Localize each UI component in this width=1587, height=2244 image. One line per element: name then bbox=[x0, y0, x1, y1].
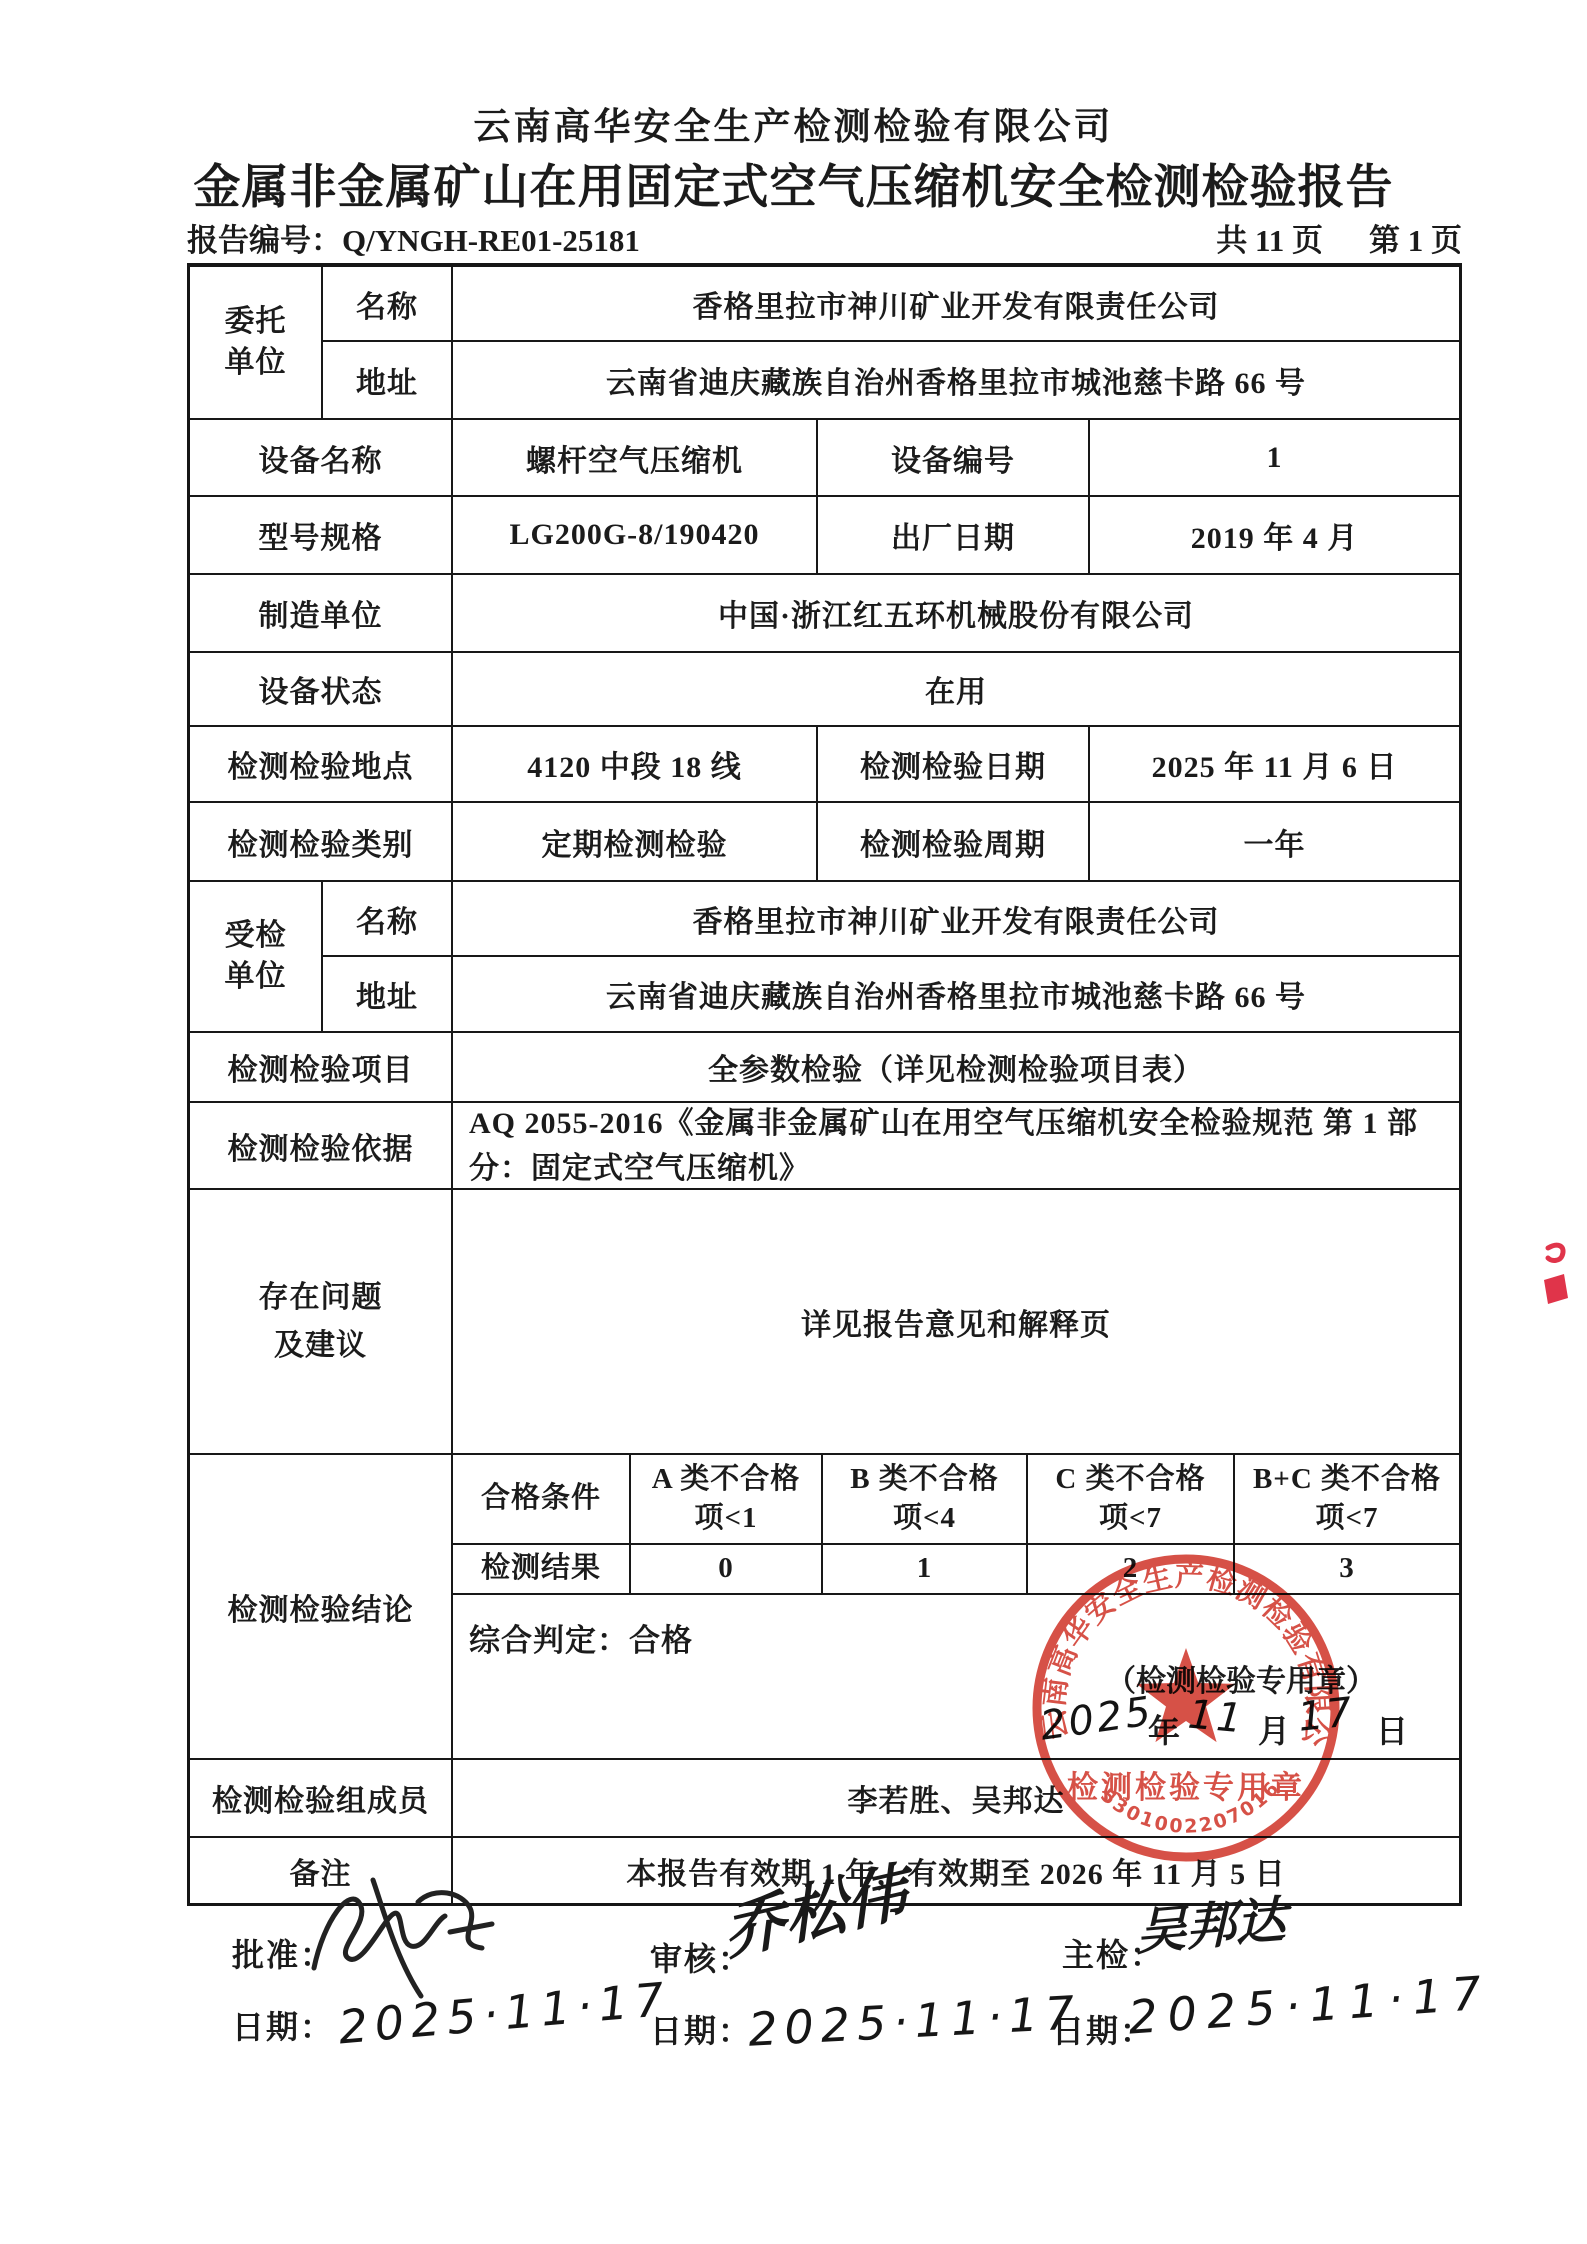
site-label: 检测检验地点 bbox=[190, 727, 453, 801]
criteria-bc-line1: B+C 类不合格 bbox=[1253, 1460, 1441, 1499]
report-number: 报告编号：Q/YNGH-RE01-25181 bbox=[187, 215, 640, 260]
result-b: 1 bbox=[823, 1545, 1028, 1593]
report-number-value: Q/YNGH-RE01-25181 bbox=[342, 223, 640, 258]
criteria-label: 合格条件 bbox=[453, 1455, 631, 1543]
table-row-model: 型号规格 LG200G-8/190420 出厂日期 2019 年 4 月 bbox=[190, 497, 1459, 575]
organization-name: 云南高华安全生产检测检验有限公司 bbox=[0, 96, 1587, 150]
type-value: 定期检测检验 bbox=[453, 803, 818, 880]
model-label: 型号规格 bbox=[190, 497, 453, 573]
criteria-col-b: B 类不合格 项<4 bbox=[823, 1455, 1028, 1543]
table-row-type: 检测检验类别 定期检测检验 检测检验周期 一年 bbox=[190, 803, 1459, 882]
inspected-address-value: 云南省迪庆藏族自治州香格里拉市城池慈卡路 66 号 bbox=[453, 957, 1459, 1031]
criteria-a-line1: A 类不合格 bbox=[652, 1460, 801, 1499]
type-label: 检测检验类别 bbox=[190, 803, 453, 880]
criteria-col-bc: B+C 类不合格 项<7 bbox=[1235, 1455, 1459, 1543]
table-row-maker: 制造单位 中国·浙江红五环机械股份有限公司 bbox=[190, 575, 1459, 653]
table-row-site: 检测检验地点 4120 中段 18 线 检测检验日期 2025 年 11 月 6… bbox=[190, 727, 1459, 803]
device-no-label: 设备编号 bbox=[818, 420, 1090, 495]
total-pages: 共 11 页 bbox=[1216, 215, 1323, 260]
judgement-value: 合格 bbox=[629, 1623, 693, 1658]
mfg-date-label: 出厂日期 bbox=[818, 497, 1090, 573]
inspection-date-label: 检测检验日期 bbox=[818, 727, 1090, 801]
client-name-value: 香格里拉市神川矿业开发有限责任公司 bbox=[453, 267, 1459, 340]
problems-label: 存在问题及建议 bbox=[190, 1190, 453, 1453]
criteria-col-a: A 类不合格 项<1 bbox=[631, 1455, 823, 1543]
inspected-group-label: 受检单位 bbox=[190, 882, 323, 1031]
client-group-body: 名称 香格里拉市神川矿业开发有限责任公司 地址 云南省迪庆藏族自治州香格里拉市城… bbox=[323, 267, 1459, 418]
report-meta-line: 报告编号：Q/YNGH-RE01-25181 共 11 页 第 1 页 bbox=[187, 215, 1462, 260]
inspected-group-text: 受检单位 bbox=[221, 916, 290, 997]
criteria-b-line1: B 类不合格 bbox=[850, 1460, 999, 1499]
report-title: 金属非金属矿山在用固定式空气压缩机安全检测检验报告 bbox=[0, 150, 1587, 217]
result-label: 检测结果 bbox=[453, 1545, 631, 1593]
items-label: 检测检验项目 bbox=[190, 1033, 453, 1101]
page-indicator: 共 11 页 第 1 页 bbox=[1216, 215, 1462, 260]
device-name-label: 设备名称 bbox=[190, 420, 453, 495]
criteria-b-line2: 项<4 bbox=[893, 1499, 956, 1538]
judgement-line: 综合判定：合格 bbox=[469, 1615, 693, 1660]
team-label: 检测检验组成员 bbox=[190, 1760, 453, 1836]
red-ink-marks bbox=[1534, 1240, 1578, 1320]
criteria-c-line2: 项<7 bbox=[1099, 1499, 1162, 1538]
criteria-a-line2: 项<1 bbox=[694, 1499, 757, 1538]
site-value: 4120 中段 18 线 bbox=[453, 727, 818, 801]
mfg-date-value: 2019 年 4 月 bbox=[1090, 497, 1459, 573]
status-label: 设备状态 bbox=[190, 653, 453, 725]
approve-date-label: 日期： bbox=[232, 2002, 334, 2048]
problems-value: 详见报告意见和解释页 bbox=[453, 1190, 1459, 1453]
criteria-bc-line2: 项<7 bbox=[1315, 1499, 1378, 1538]
problems-label-text: 存在问题及建议 bbox=[252, 1274, 390, 1370]
approve-signature bbox=[300, 1872, 500, 2002]
table-row-items: 检测检验项目 全参数检验（详见检测检验项目表） bbox=[190, 1033, 1459, 1103]
items-value: 全参数检验（详见检测检验项目表） bbox=[453, 1033, 1459, 1101]
model-value: LG200G-8/190420 bbox=[453, 497, 818, 573]
client-group-label: 委托单位 bbox=[190, 267, 323, 418]
client-address-label: 地址 bbox=[323, 342, 453, 418]
client-address-value: 云南省迪庆藏族自治州香格里拉市城池慈卡路 66 号 bbox=[453, 342, 1459, 418]
criteria-col-c: C 类不合格 项<7 bbox=[1028, 1455, 1235, 1543]
chief-date-hand: 2025·11·17 bbox=[1127, 1965, 1493, 2044]
table-row-device-name: 设备名称 螺杆空气压缩机 设备编号 1 bbox=[190, 420, 1459, 497]
table-row-problems: 存在问题及建议 详见报告意见和解释页 bbox=[190, 1190, 1459, 1455]
cycle-label: 检测检验周期 bbox=[818, 803, 1090, 880]
chief-signature: 吴邦达 bbox=[1136, 1879, 1287, 1964]
inspected-name-value: 香格里拉市神川矿业开发有限责任公司 bbox=[453, 882, 1459, 955]
status-value: 在用 bbox=[453, 653, 1459, 725]
inspected-group-body: 名称 香格里拉市神川矿业开发有限责任公司 地址 云南省迪庆藏族自治州香格里拉市城… bbox=[323, 882, 1459, 1031]
table-row-basis: 检测检验依据 AQ 2055-2016《金属非金属矿山在用空气压缩机安全检验规范… bbox=[190, 1103, 1459, 1190]
table-row-status: 设备状态 在用 bbox=[190, 653, 1459, 727]
report-page: 云南高华安全生产检测检验有限公司 金属非金属矿山在用固定式空气压缩机安全检测检验… bbox=[0, 0, 1587, 2244]
table-row-inspected: 受检单位 名称 香格里拉市神川矿业开发有限责任公司 地址 云南省迪庆藏族自治州香… bbox=[190, 882, 1459, 1033]
maker-label: 制造单位 bbox=[190, 575, 453, 651]
inspected-address-label: 地址 bbox=[323, 957, 453, 1031]
judgement-label: 综合判定： bbox=[469, 1623, 629, 1658]
table-row-client: 委托单位 名称 香格里拉市神川矿业开发有限责任公司 地址 云南省迪庆藏族自治州香… bbox=[190, 267, 1459, 420]
basis-label: 检测检验依据 bbox=[190, 1103, 453, 1188]
official-seal: 云南高华安全生产检测检验有限公司 检测检验专用章 5301002207016 bbox=[1026, 1548, 1346, 1868]
review-date-hand: 2025·11·17 bbox=[747, 1985, 1083, 2056]
star-icon bbox=[1137, 1648, 1236, 1742]
device-name-value: 螺杆空气压缩机 bbox=[453, 420, 818, 495]
maker-value: 中国·浙江红五环机械股份有限公司 bbox=[453, 575, 1459, 651]
inspection-date-value: 2025 年 11 月 6 日 bbox=[1090, 727, 1459, 801]
basis-value: AQ 2055-2016《金属非金属矿山在用空气压缩机安全检验规范 第 1 部分… bbox=[453, 1103, 1459, 1188]
criteria-c-line1: C 类不合格 bbox=[1055, 1460, 1205, 1499]
client-name-label: 名称 bbox=[323, 267, 453, 340]
report-number-label: 报告编号： bbox=[187, 223, 342, 258]
client-group-text: 委托单位 bbox=[221, 302, 290, 383]
cycle-value: 一年 bbox=[1090, 803, 1459, 880]
criteria-header-row: 合格条件 A 类不合格 项<1 B 类不合格 项<4 C 类不合格 项<7 B bbox=[453, 1455, 1459, 1545]
device-no-value: 1 bbox=[1090, 420, 1459, 495]
day-char: 日 bbox=[1376, 1706, 1408, 1752]
current-page: 第 1 页 bbox=[1369, 215, 1462, 260]
conclusion-label: 检测检验结论 bbox=[190, 1455, 453, 1758]
result-a: 0 bbox=[631, 1545, 823, 1593]
inspected-name-label: 名称 bbox=[323, 882, 453, 955]
